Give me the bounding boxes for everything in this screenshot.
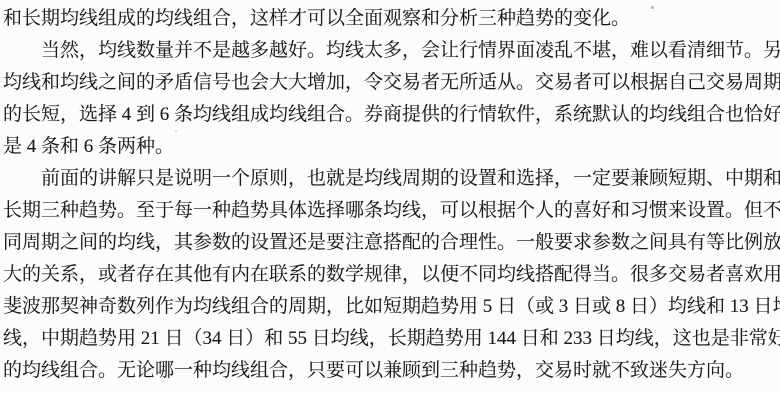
text-line: 的均线组合。无论哪一种均线组合，只要可以兼顾到三种趋势，交易时就不致迷失方向。 <box>3 355 777 387</box>
text-line: 是 4 条和 6 条两种。 <box>3 131 777 163</box>
text-line: 均线和均线之间的矛盾信号也会大大增加，令交易者无所适从。交易者可以根据自己交易周… <box>3 67 777 99</box>
text-line: 前面的讲解只是说明一个原则，也就是均线周期的设置和选择，一定要兼顾短期、中期和 <box>3 163 777 195</box>
scanned-page: 和长期均线组成的均线组合，这样才可以全面观察和分析三种趋势的变化。当然，均线数量… <box>0 0 780 393</box>
text-line: 斐波那契神奇数列作为均线组合的周期，比如短期趋势用 5 日（或 3 日或 8 日… <box>3 291 777 323</box>
text-line: 和长期均线组成的均线组合，这样才可以全面观察和分析三种趋势的变化。 <box>3 3 777 35</box>
text-line: 线，中期趋势用 21 日（34 日）和 55 日均线，长期趋势用 144 日和 … <box>3 323 777 355</box>
scan-speckle <box>175 130 177 132</box>
text-line: 的长短，选择 4 到 6 条均线组成均线组合。券商提供的行情软件，系统默认的均线… <box>3 99 777 131</box>
text-line: 同周期之间的均线，其参数的设置还是要注意搭配的合理性。一般要求参数之间具有等比例… <box>3 227 777 259</box>
text-line: 当然，均线数量并不是越多越好。均线太多，会让行情界面凌乱不堪，难以看清细节。另外… <box>3 35 777 67</box>
text-block: 和长期均线组成的均线组合，这样才可以全面观察和分析三种趋势的变化。当然，均线数量… <box>3 3 777 387</box>
text-line: 大的关系，或者存在其他有内在联系的数学规律，以便不同均线搭配得当。很多交易者喜欢… <box>3 259 777 291</box>
scan-speckle <box>651 6 654 9</box>
text-line: 长期三种趋势。至于每一种趋势具体选择哪条均线，可以根据个人的喜好和习惯来设置。但… <box>3 195 777 227</box>
